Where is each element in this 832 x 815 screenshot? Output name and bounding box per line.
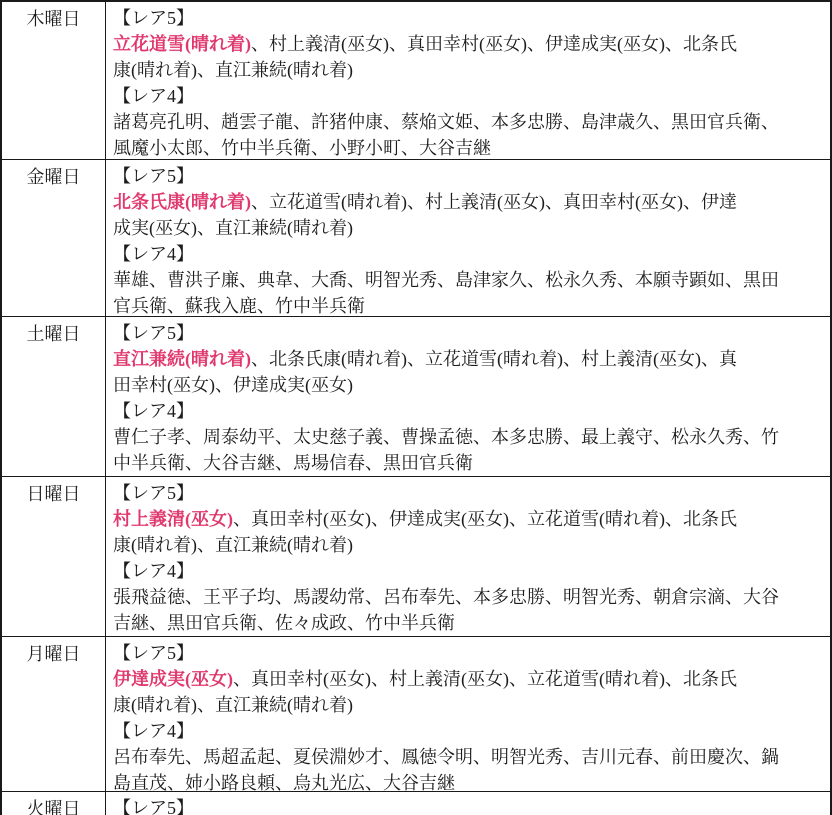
- day-cell: 火曜日: [2, 792, 106, 815]
- table-row: 火曜日 【レア5】: [2, 792, 830, 815]
- rare4-label: 【レア4】: [113, 398, 826, 424]
- rare5-label: 【レア5】: [113, 640, 826, 666]
- featured-name: 直江兼続(晴れ着): [113, 349, 251, 369]
- rare5-names: 伊達成実(巫女)、真田幸村(巫女)、村上義清(巫女)、立花道雪(晴れ着)、北条氏…: [113, 666, 826, 718]
- content-cell: 【レア5】 直江兼続(晴れ着)、北条氏康(晴れ着)、立花道雪(晴れ着)、村上義清…: [106, 317, 830, 476]
- table-row: 日曜日 【レア5】 村上義清(巫女)、真田幸村(巫女)、伊達成実(巫女)、立花道…: [2, 477, 830, 637]
- day-cell: 土曜日: [2, 317, 106, 476]
- rare5-names: 北条氏康(晴れ着)、立花道雪(晴れ着)、村上義清(巫女)、真田幸村(巫女)、伊達…: [113, 189, 826, 241]
- rare5-names: 立花道雪(晴れ着)、村上義清(巫女)、真田幸村(巫女)、伊達成実(巫女)、北条氏…: [113, 31, 826, 83]
- day-label: 土曜日: [27, 324, 81, 344]
- table-row: 金曜日 【レア5】 北条氏康(晴れ着)、立花道雪(晴れ着)、村上義清(巫女)、真…: [2, 160, 830, 317]
- featured-name: 北条氏康(晴れ着): [113, 192, 251, 212]
- table-row: 木曜日 【レア5】 立花道雪(晴れ着)、村上義清(巫女)、真田幸村(巫女)、伊達…: [2, 2, 830, 160]
- rare4-label: 【レア4】: [113, 241, 826, 267]
- rare5-names: 直江兼続(晴れ着)、北条氏康(晴れ着)、立花道雪(晴れ着)、村上義清(巫女)、真…: [113, 346, 826, 398]
- table-row: 月曜日 【レア5】 伊達成実(巫女)、真田幸村(巫女)、村上義清(巫女)、立花道…: [2, 637, 830, 792]
- day-label: 月曜日: [27, 644, 81, 664]
- rare5-label: 【レア5】: [113, 795, 826, 815]
- rare5-label: 【レア5】: [113, 320, 826, 346]
- rare4-label: 【レア4】: [113, 83, 826, 109]
- content-cell: 【レア5】: [106, 792, 830, 815]
- rare5-names: 村上義清(巫女)、真田幸村(巫女)、伊達成実(巫女)、立花道雪(晴れ着)、北条氏…: [113, 506, 826, 558]
- rare4-label: 【レア4】: [113, 718, 826, 744]
- day-cell: 木曜日: [2, 2, 106, 159]
- day-cell: 日曜日: [2, 477, 106, 636]
- day-label: 日曜日: [27, 484, 81, 504]
- rare5-label: 【レア5】: [113, 480, 826, 506]
- featured-name: 立花道雪(晴れ着): [113, 34, 251, 54]
- day-label: 木曜日: [27, 9, 81, 29]
- rare4-names: 華雄、曹洪子廉、典韋、大喬、明智光秀、島津家久、松永久秀、本願寺顕如、黒田 官兵…: [113, 267, 826, 316]
- content-cell: 【レア5】 村上義清(巫女)、真田幸村(巫女)、伊達成実(巫女)、立花道雪(晴れ…: [106, 477, 830, 636]
- rare4-names: 曹仁子孝、周泰幼平、太史慈子義、曹操孟徳、本多忠勝、最上義守、松永久秀、竹 中半…: [113, 424, 826, 476]
- day-label: 火曜日: [27, 799, 81, 815]
- content-cell: 【レア5】 立花道雪(晴れ着)、村上義清(巫女)、真田幸村(巫女)、伊達成実(巫…: [106, 2, 830, 159]
- daily-lineup-table: 木曜日 【レア5】 立花道雪(晴れ着)、村上義清(巫女)、真田幸村(巫女)、伊達…: [0, 0, 832, 815]
- day-cell: 月曜日: [2, 637, 106, 791]
- day-label: 金曜日: [27, 167, 81, 187]
- rare4-names: 張飛益徳、王平子均、馬謖幼常、呂布奉先、本多忠勝、明智光秀、朝倉宗滴、大谷 吉継…: [113, 584, 826, 636]
- featured-name: 伊達成実(巫女): [113, 669, 233, 689]
- content-cell: 【レア5】 伊達成実(巫女)、真田幸村(巫女)、村上義清(巫女)、立花道雪(晴れ…: [106, 637, 830, 791]
- rare4-names: 呂布奉先、馬超孟起、夏侯淵妙才、鳳徳令明、明智光秀、吉川元春、前田慶次、鍋 島直…: [113, 744, 826, 791]
- content-cell: 【レア5】 北条氏康(晴れ着)、立花道雪(晴れ着)、村上義清(巫女)、真田幸村(…: [106, 160, 830, 316]
- rare4-names: 諸葛亮孔明、趙雲子龍、許猪仲康、蔡焔文姫、本多忠勝、島津歳久、黒田官兵衛、 風魔…: [113, 109, 826, 159]
- featured-name: 村上義清(巫女): [113, 509, 233, 529]
- rare5-label: 【レア5】: [113, 163, 826, 189]
- rare5-label: 【レア5】: [113, 5, 826, 31]
- rare4-label: 【レア4】: [113, 558, 826, 584]
- table-row: 土曜日 【レア5】 直江兼続(晴れ着)、北条氏康(晴れ着)、立花道雪(晴れ着)、…: [2, 317, 830, 477]
- day-cell: 金曜日: [2, 160, 106, 316]
